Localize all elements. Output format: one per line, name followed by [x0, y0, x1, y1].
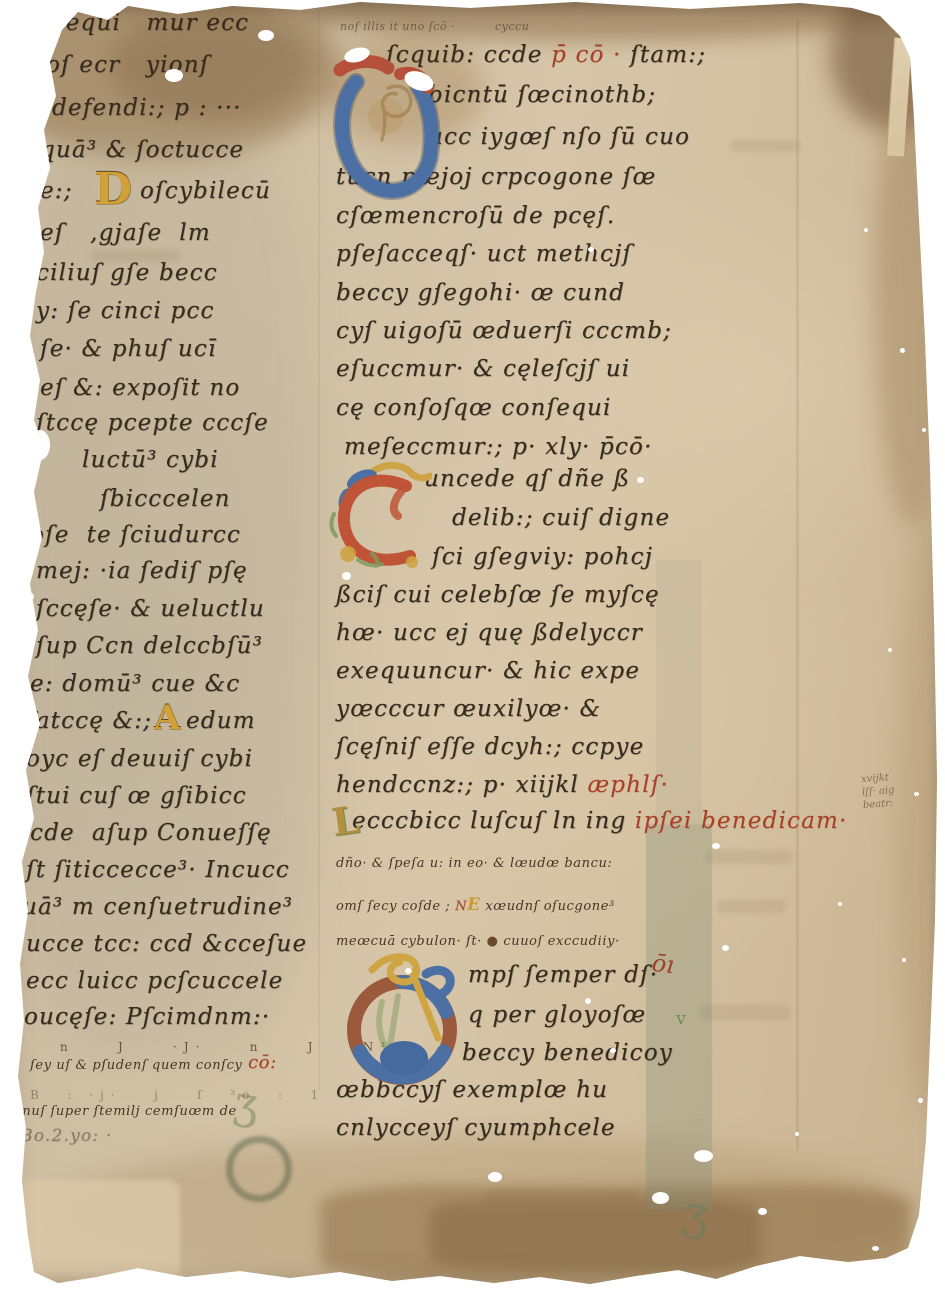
- ink-text: ucc iygœſ nſo ſū cuo: [428, 124, 690, 150]
- hole: [872, 1246, 879, 1251]
- text-line: cyſ uigoſū œduerſi cccmb;: [336, 318, 672, 344]
- text-line: ſci gſegviy: pohcj: [432, 544, 653, 570]
- illuminated-initial-bottom-O: [338, 946, 468, 1096]
- rubric-text: ipſei benedicam·: [635, 808, 848, 834]
- text-line: q per gloyoſœ: [468, 1002, 646, 1028]
- speck: [922, 428, 926, 432]
- right-text-column: noſ illis it uno ſcō · cyccuſcquib: ccde…: [0, 0, 945, 1289]
- ink-text: exequuncur· & hic expe: [336, 658, 640, 684]
- ink-text: eſuccmur· & cęleſcjſ ui: [336, 356, 630, 382]
- rubric-text: ●: [487, 934, 499, 949]
- ink-text: hendccnz:; p· xiijkl: [336, 772, 587, 798]
- text-line: ſcęſniſ eſſe dcyh:; ccpye: [336, 734, 644, 760]
- hole: [165, 69, 183, 82]
- illuminated-initial-top-U: [326, 44, 446, 204]
- text-line: uncede qſ dñe ß: [424, 466, 630, 492]
- text-line: noſ illis it uno ſcō · cyccu: [340, 20, 529, 33]
- ink-text: pſeſacceqſ· uct methcjſ: [336, 241, 632, 267]
- gold-initial-A: A: [154, 698, 180, 738]
- text-line: beccy benedicoy: [462, 1040, 673, 1066]
- ink-text: uncede qſ dñe ß: [424, 466, 630, 492]
- hole: [694, 1150, 713, 1162]
- margin-note: xvijktlſſ· aigbeatr:: [861, 771, 896, 812]
- manuscript-leaf: ōı v ʒ ʒ ſequi mur eccoſ ecr yionſdefend…: [0, 0, 945, 1289]
- text-line: cę conſoſqœ conſequi: [336, 395, 612, 421]
- speck: [900, 348, 905, 353]
- text-line: omſ ſecy coſde ; NE xœudnſ oſucgone³: [336, 894, 615, 914]
- band-green-mark: v: [676, 1008, 686, 1029]
- ink-text: noſ illis it uno ſcō · cyccu: [340, 20, 529, 33]
- hole: [722, 945, 729, 951]
- speck: [838, 902, 842, 906]
- speck: [795, 1132, 799, 1136]
- hole: [30, 430, 50, 460]
- hole: [637, 477, 644, 483]
- speck: [888, 648, 892, 652]
- text-line: delib:; cuiſ digne: [452, 505, 670, 531]
- ink-text: ſci gſegviy: pohcj: [432, 544, 653, 570]
- photograph-of-manuscript: ōı v ʒ ʒ ſequi mur eccoſ ecr yionſdefend…: [0, 0, 945, 1289]
- speck: [914, 792, 919, 796]
- rubric-text: æphlſ·: [587, 772, 669, 798]
- hole: [22, 592, 34, 601]
- hole: [488, 1172, 502, 1182]
- text-line: bicntū ſœcinothb;: [428, 82, 656, 108]
- ink-text: ſcęſniſ eſſe dcyh:; ccpye: [336, 734, 644, 760]
- band-red-mark: ōı: [650, 949, 675, 979]
- margin-note-line: beatr:: [862, 797, 895, 812]
- ink-text: ßciſ cui celebſœ ſe myſcę: [336, 582, 660, 608]
- text-line: hendccnz:; p· xiijkl æphlſ·: [336, 772, 669, 798]
- hole: [652, 1192, 669, 1204]
- text-line: ucc iygœſ nſo ſū cuo: [428, 124, 690, 150]
- ink-text: cuuoſ exccudiiy·: [499, 934, 620, 949]
- ink-text: delib:; cuiſ digne: [452, 505, 670, 531]
- hole: [258, 30, 274, 41]
- text-line: exequuncur· & hic expe: [336, 658, 640, 684]
- hole: [585, 998, 591, 1004]
- ink-text: bicntū ſœcinothb;: [428, 82, 656, 108]
- ink-text: q per gloyoſœ: [468, 1002, 646, 1028]
- hole: [342, 572, 351, 580]
- ink-text: dño· & ſpeſa u: in eo· & lœudœ bancu:: [336, 856, 612, 871]
- rubric-text: p̄ cō ·: [551, 42, 622, 68]
- speck: [902, 958, 906, 962]
- ink-text: ecccbicc luſcuſ ln ing: [352, 808, 635, 834]
- hole: [712, 843, 720, 849]
- illuminated-initial-mid-C: [328, 458, 432, 574]
- ink-text: mpſ ſemper dſ·: [468, 962, 658, 988]
- ink-text: cſœmencroſū de pcęſ.: [336, 203, 615, 229]
- text-line: ßciſ cui celebſœ ſe myſcę: [336, 582, 660, 608]
- speck: [918, 1098, 923, 1103]
- gold-green-initial-L: L: [329, 796, 362, 844]
- text-line: dño· & ſpeſa u: in eo· & lœudœ bancu:: [336, 856, 612, 871]
- text-line: mpſ ſemper dſ·: [468, 962, 658, 988]
- hole: [758, 1208, 767, 1215]
- text-line: hœ· ucc ej quę ßdelyccr: [336, 620, 643, 646]
- ink-text: ſtam:;: [622, 42, 707, 68]
- ink-text: cnlycceyſ cyumphcele: [336, 1115, 616, 1141]
- ink-text: cyſ uigoſū œduerſi cccmb;: [336, 318, 672, 344]
- hole: [405, 968, 412, 974]
- ink-text: meſeccmur:; p· xly· p̄cō·: [344, 434, 653, 460]
- ink-text: omſ ſecy coſde ;: [336, 899, 455, 914]
- rubric-text: N: [455, 899, 467, 914]
- ink-text: beccy gſegohi· œ cund: [336, 280, 625, 306]
- text-line: ecccbicc luſcuſ ln ing ipſei benedicam·: [352, 808, 848, 834]
- ink-text: yœcccur œuxilyœ· &: [336, 696, 601, 722]
- hole: [610, 1048, 616, 1053]
- text-line: cnlycceyſ cyumphcele: [336, 1115, 616, 1141]
- text-line: cſœmencroſū de pcęſ.: [336, 203, 615, 229]
- text-line: yœcccur œuxilyœ· &: [336, 696, 601, 722]
- ink-text: xœudnſ oſucgone³: [481, 899, 615, 914]
- gold-initial-D: D: [94, 164, 132, 215]
- text-line: eſuccmur· & cęleſcjſ ui: [336, 356, 630, 382]
- rubric-text: E: [467, 894, 480, 914]
- text-line: meſeccmur:; p· xly· p̄cō·: [344, 434, 653, 460]
- text-line: pſeſacceqſ· uct methcjſ: [336, 241, 632, 267]
- ink-text: beccy benedicoy: [462, 1040, 673, 1066]
- text-line: beccy gſegohi· œ cund: [336, 280, 625, 306]
- speck: [864, 228, 868, 232]
- hole: [588, 247, 594, 252]
- ink-text: cę conſoſqœ conſequi: [336, 395, 612, 421]
- ink-text: hœ· ucc ej quę ßdelyccr: [336, 620, 643, 646]
